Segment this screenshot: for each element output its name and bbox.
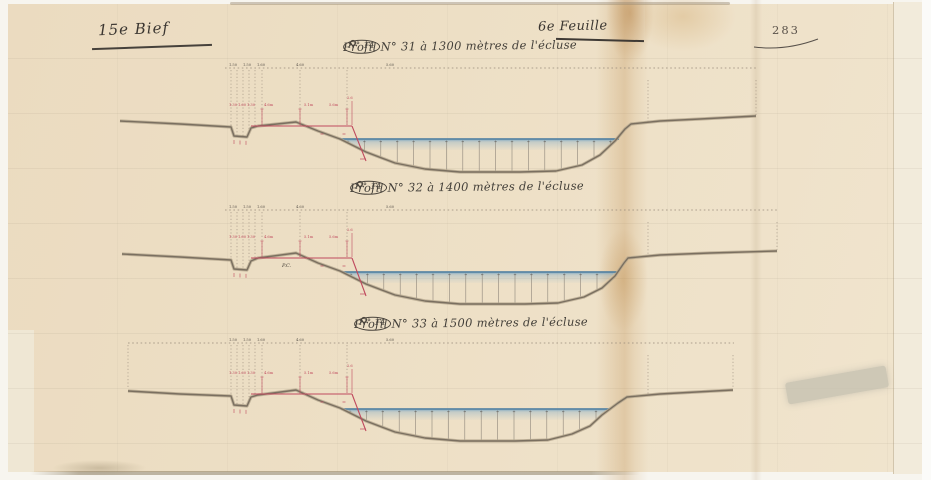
svg-text:1.50: 1.50 — [229, 338, 238, 342]
svg-text:1.30: 1.30 — [247, 235, 256, 239]
svg-text:1.60: 1.60 — [238, 371, 247, 375]
svg-text:4.60: 4.60 — [296, 205, 305, 209]
svg-text:2.6: 2.6 — [347, 364, 353, 368]
svg-text:5.6m: 5.6m — [329, 235, 339, 239]
svg-text:5.1m: 5.1m — [304, 235, 314, 239]
svg-text:1.50: 1.50 — [243, 338, 252, 342]
svg-text:1.60: 1.60 — [238, 103, 247, 107]
svg-text:1.50: 1.50 — [243, 205, 252, 209]
svg-text:5.60: 5.60 — [386, 338, 395, 342]
svg-text:5.6m: 5.6m — [329, 103, 339, 107]
page-number: 283 — [772, 23, 800, 37]
svg-text:1.30: 1.30 — [247, 103, 256, 107]
svg-text:1.60: 1.60 — [257, 338, 266, 342]
sheet-number-label: 6e Feuille — [538, 18, 608, 34]
flourish-underline — [752, 36, 822, 50]
svg-text:2.6: 2.6 — [347, 96, 353, 100]
svg-text:4.60: 4.60 — [296, 338, 305, 342]
svg-text:2.6: 2.6 — [347, 228, 353, 232]
svg-text:1.30: 1.30 — [229, 103, 238, 107]
svg-text:1.50: 1.50 — [229, 63, 238, 67]
svg-text:1.60: 1.60 — [257, 63, 266, 67]
scanned-drawing-sheet: 1.501.501.604.605.601.301.601.304.6m5.1m… — [0, 0, 931, 480]
svg-text:5.1m: 5.1m — [304, 371, 314, 375]
svg-text:5.60: 5.60 — [386, 205, 395, 209]
svg-text:4.60: 4.60 — [296, 63, 305, 67]
svg-text:1.50: 1.50 — [229, 205, 238, 209]
svg-text:1.30: 1.30 — [247, 371, 256, 375]
svg-text:5.1m: 5.1m — [304, 103, 314, 107]
reach-label: 15e Bief — [98, 19, 170, 39]
svg-text:4.6m: 4.6m — [264, 235, 274, 239]
svg-text:1.30: 1.30 — [229, 371, 238, 375]
svg-text:4.6m: 4.6m — [264, 103, 274, 107]
svg-text:5.60: 5.60 — [386, 63, 395, 67]
svg-text:P.C.: P.C. — [281, 263, 292, 269]
svg-text:1.50: 1.50 — [243, 63, 252, 67]
svg-text:1.60: 1.60 — [238, 235, 247, 239]
cross-section-drawing: 1.501.501.604.605.601.301.601.304.6m5.1m… — [0, 0, 931, 480]
svg-text:4.6m: 4.6m — [264, 371, 274, 375]
svg-text:5.6m: 5.6m — [329, 371, 339, 375]
svg-text:1.60: 1.60 — [257, 205, 266, 209]
svg-text:1.30: 1.30 — [229, 235, 238, 239]
